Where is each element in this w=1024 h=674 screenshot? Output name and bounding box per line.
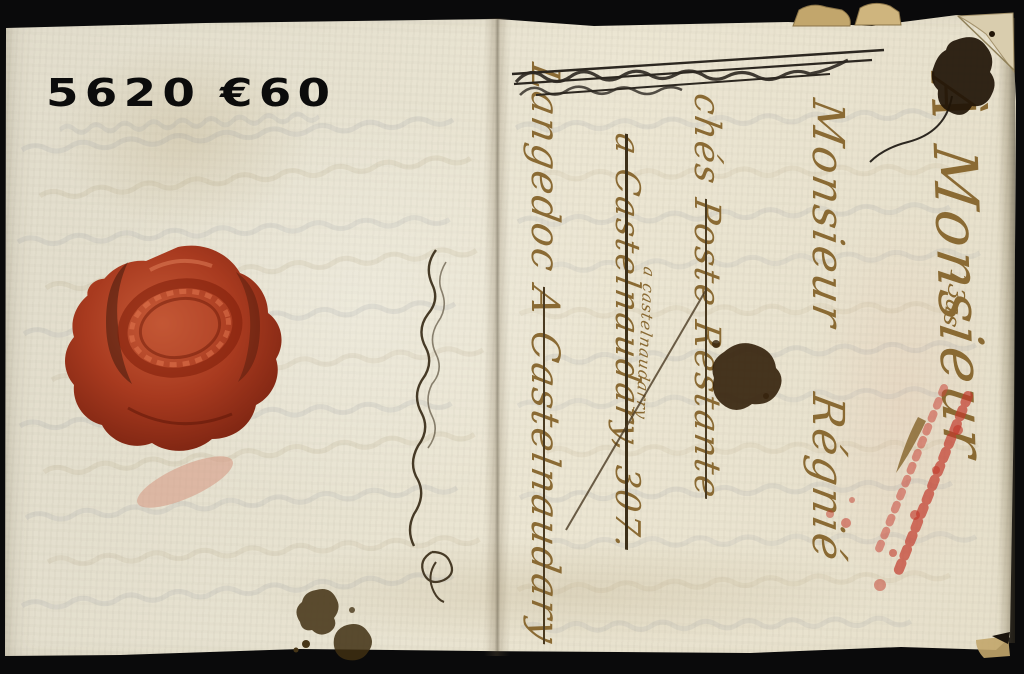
price-euro: €60 — [220, 70, 336, 116]
address-line-3: chés Poste Restante — [686, 94, 727, 499]
lot-price-label: 5620€60 — [46, 70, 336, 116]
auction-photo: 5620€60 À Monsieur 13as MonsieurRégnié c… — [0, 0, 1024, 674]
address-line-2: MonsieurRégnié — [802, 100, 853, 562]
address-panel: À Monsieur 13as MonsieurRégnié chés Post… — [505, 42, 995, 642]
lot-number: 5620 — [46, 70, 201, 116]
right-edge-crease — [998, 18, 1015, 643]
address-line-1: À Monsieur — [916, 77, 999, 461]
address-line-5: Langedoc A Castelnaudary — [522, 64, 567, 644]
